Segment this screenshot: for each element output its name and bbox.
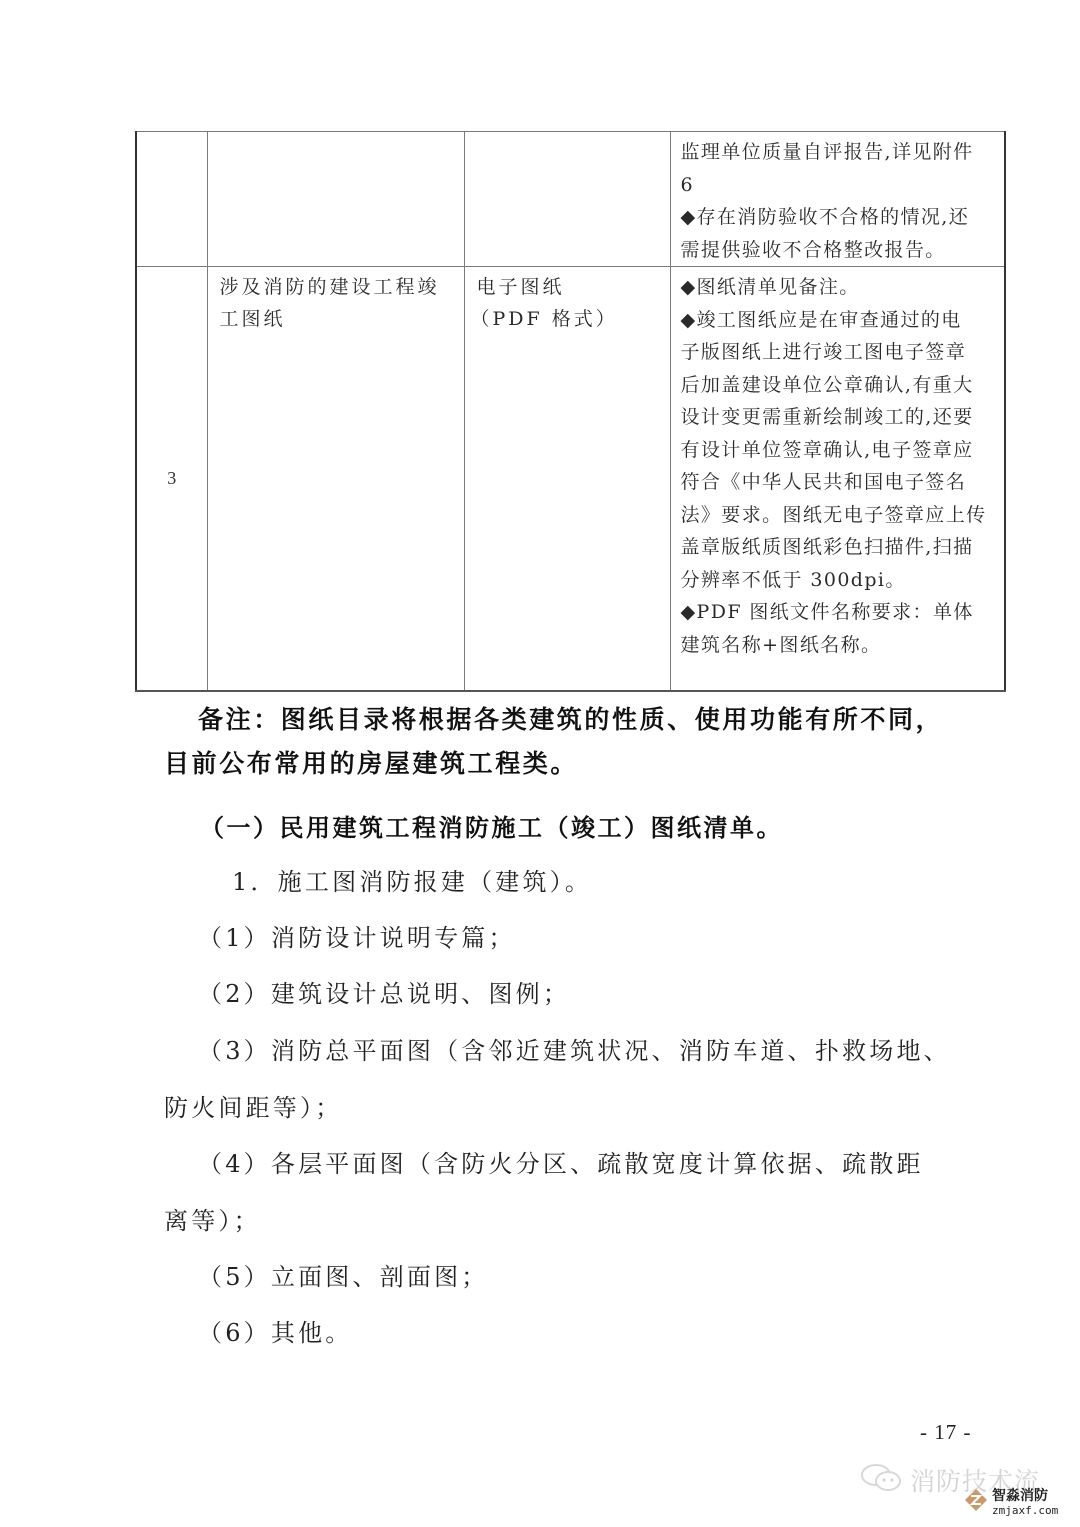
requirement-line: 分辨率不低于 300dpi。 bbox=[681, 564, 999, 597]
item-name-cell: 涉及消防的建设工程竣 工图纸 bbox=[207, 267, 464, 691]
site-logo-icon bbox=[964, 1488, 988, 1516]
requirement-line: 后加盖建设单位公章确认,有重大 bbox=[681, 369, 999, 402]
list-item-continuation: 离等）； bbox=[164, 1201, 261, 1236]
requirement-line: 监理单位质量自评报告,详见附件 bbox=[681, 136, 999, 169]
requirement-line: ◆存在消防验收不合格的情况,还 bbox=[681, 201, 999, 234]
list-item: （5）立面图、剖面图； bbox=[198, 1257, 488, 1292]
list-item: （2）建筑设计总说明、图例； bbox=[198, 974, 570, 1009]
requirement-line: 法》要求。图纸无电子签章应上传 bbox=[681, 499, 999, 532]
requirement-line: 符合《中华人民共和国电子签名 bbox=[681, 466, 999, 499]
row-number-cell bbox=[136, 132, 207, 267]
requirement-line: 子版图纸上进行竣工图电子签章 bbox=[681, 336, 999, 369]
note-line-2: 目前公布常用的房屋建筑工程类。 bbox=[164, 744, 578, 780]
site-name: 智淼消防 bbox=[992, 1489, 1058, 1503]
list-item: （6）其他。 bbox=[198, 1313, 352, 1348]
format-line: 电子图纸 bbox=[477, 271, 662, 303]
format-cell bbox=[464, 132, 670, 267]
requirement-line: 6 bbox=[681, 169, 999, 202]
list-item: （3）消防总平面图（含邻近建筑状况、消防车道、扑救场地、 bbox=[198, 1031, 951, 1066]
section-heading: （一）民用建筑工程消防施工（竣工）图纸清单。 bbox=[200, 808, 783, 843]
requirement-line: 设计变更需重新绘制竣工的,还要 bbox=[681, 401, 999, 434]
requirement-line: 建筑名称+图纸名称。 bbox=[681, 629, 999, 662]
note-line-1: 备注：图纸目录将根据各类建筑的性质、使用功能有所不同， bbox=[198, 700, 943, 736]
row-number-cell: 3 bbox=[136, 267, 207, 691]
wechat-icon bbox=[860, 1463, 904, 1497]
table-row: 监理单位质量自评报告,详见附件 6 ◆存在消防验收不合格的情况,还 需提供验收不… bbox=[136, 132, 1005, 267]
requirements-table: 监理单位质量自评报告,详见附件 6 ◆存在消防验收不合格的情况,还 需提供验收不… bbox=[135, 131, 1006, 692]
requirements-cell: ◆图纸清单见备注。 ◆竣工图纸应是在审查通过的电 子版图纸上进行竣工图电子签章 … bbox=[670, 267, 1005, 691]
requirements-cell: 监理单位质量自评报告,详见附件 6 ◆存在消防验收不合格的情况,还 需提供验收不… bbox=[670, 132, 1005, 267]
table-row: 3 涉及消防的建设工程竣 工图纸 电子图纸 （PDF 格式） ◆图纸清单见备注。… bbox=[136, 267, 1005, 691]
requirement-line: 盖章版纸质图纸彩色扫描件,扫描 bbox=[681, 531, 999, 564]
requirement-line: ◆图纸清单见备注。 bbox=[681, 271, 999, 304]
requirement-line: ◆竣工图纸应是在审查通过的电 bbox=[681, 304, 999, 337]
page-number: - 17 - bbox=[920, 1420, 972, 1445]
requirement-line: 需提供验收不合格整改报告。 bbox=[681, 234, 999, 267]
list-item-continuation: 防火间距等）； bbox=[164, 1088, 342, 1123]
item-name-line: 工图纸 bbox=[220, 303, 456, 335]
list-item: （1）消防设计说明专篇； bbox=[198, 918, 516, 953]
site-watermark: 智淼消防 zmjaxf.com bbox=[964, 1488, 1058, 1516]
site-url: zmjaxf.com bbox=[992, 1505, 1058, 1516]
item-name-cell bbox=[207, 132, 464, 267]
document-page: 监理单位质量自评报告,详见附件 6 ◆存在消防验收不合格的情况,还 需提供验收不… bbox=[0, 0, 1080, 1527]
requirement-line: ◆PDF 图纸文件名称要求：单体 bbox=[681, 596, 999, 629]
format-line: （PDF 格式） bbox=[471, 303, 662, 335]
subsection-title: 1．施工图消防报建（建筑）。 bbox=[232, 862, 592, 897]
list-item: （4）各层平面图（含防火分区、疏散宽度计算依据、疏散距 bbox=[198, 1144, 924, 1179]
item-name-line: 涉及消防的建设工程竣 bbox=[220, 271, 456, 303]
requirement-line: 有设计单位签章确认,电子签章应 bbox=[681, 434, 999, 467]
format-cell: 电子图纸 （PDF 格式） bbox=[464, 267, 670, 691]
